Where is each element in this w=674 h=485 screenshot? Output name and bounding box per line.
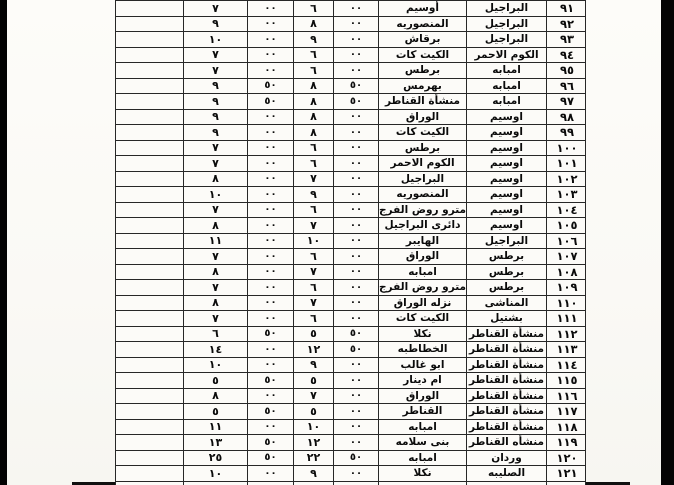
fare1-piasters-cell: ٠٠ [334, 203, 379, 219]
row-number-cell: ١٠٠ [547, 141, 586, 157]
row-number-cell: ١٠٦ [547, 234, 586, 250]
fare1-pounds-cell: ٥ [294, 327, 334, 343]
district-name-cell: امبابه [467, 79, 547, 95]
district-name-cell: اوسيم [467, 218, 547, 234]
blank-cell [116, 187, 184, 203]
table-row: ٧٠٠٦٠٠أوسيمالبراجيل٩١ [116, 1, 586, 17]
fare1-piasters-cell: ٠٠ [334, 218, 379, 234]
blank-cell [116, 48, 184, 64]
area-name-cell: امبابه [379, 420, 467, 436]
fare2-piasters-cell: ٥٠ [248, 373, 294, 389]
area-name-cell: مترو روض الفرج [379, 203, 467, 219]
fare1-piasters-cell: ٠٠ [334, 389, 379, 405]
area-name-cell: الخطاطبه [379, 342, 467, 358]
district-name-cell: الصليبه [467, 466, 547, 482]
fare2-pounds-cell: ١٠ [184, 32, 248, 48]
fare1-piasters-cell: ٥٠ [334, 327, 379, 343]
row-number-cell: ٩٨ [547, 110, 586, 126]
row-number-cell: ٩١ [547, 1, 586, 17]
fare1-pounds-cell: ٨ [294, 17, 334, 33]
blank-cell [116, 435, 184, 451]
fare1-pounds-cell: ٢٢ [294, 451, 334, 467]
fare1-pounds-cell: ١٠ [294, 420, 334, 436]
district-name-cell: منشأة القناطر [467, 404, 547, 420]
fare1-pounds-cell: ٨ [294, 125, 334, 141]
fare-table: ٧٠٠٦٠٠أوسيمالبراجيل٩١٩٠٠٨٠٠المنصوريهالبر… [115, 0, 586, 485]
blank-cell [116, 172, 184, 188]
table-row: ٧٠٠٦٠٠برطسامبابه٩٥ [116, 63, 586, 79]
row-number-cell: ١١٣ [547, 342, 586, 358]
district-name-cell: منشأة القناطر [467, 420, 547, 436]
fare2-piasters-cell: ٠٠ [248, 172, 294, 188]
fare1-piasters-cell: ٥٠ [334, 79, 379, 95]
district-name-cell: اوسيم [467, 203, 547, 219]
district-name-cell: البراجيل [467, 1, 547, 17]
blank-cell [116, 404, 184, 420]
fare2-pounds-cell: ١٤ [184, 342, 248, 358]
area-name-cell: برطس [379, 141, 467, 157]
fare1-piasters-cell [334, 482, 379, 485]
fare2-piasters-cell: ٠٠ [248, 249, 294, 265]
fare2-piasters-cell: ٥٠ [248, 435, 294, 451]
fare1-piasters-cell: ٠٠ [334, 280, 379, 296]
fare1-piasters-cell: ٠٠ [334, 420, 379, 436]
table-row: ٧٠٠٦٠٠الكيت كاتالكوم الاحمر٩٤ [116, 48, 586, 64]
table-row: ٨٠٠٧٠٠دائرى البراجيلاوسيم١٠٥ [116, 218, 586, 234]
fare2-piasters-cell: ٠٠ [248, 420, 294, 436]
district-name-cell: المناشى [467, 296, 547, 312]
fare2-pounds-cell: ١٠ [184, 358, 248, 374]
blank-cell [116, 265, 184, 281]
fare2-pounds-cell: ٧ [184, 141, 248, 157]
area-name-cell: البراجيل [379, 172, 467, 188]
fare1-pounds-cell: ٦ [294, 203, 334, 219]
blank-cell [116, 17, 184, 33]
blank-cell [116, 110, 184, 126]
fare2-piasters-cell: ٠٠ [248, 32, 294, 48]
fare2-pounds-cell: ٢٥ [184, 451, 248, 467]
area-name-cell: برقاش [379, 32, 467, 48]
fare2-piasters-cell: ٠٠ [248, 125, 294, 141]
fare1-pounds-cell: ٦ [294, 63, 334, 79]
fare2-pounds-cell [184, 482, 248, 485]
fare1-pounds-cell: ٦ [294, 249, 334, 265]
fare1-pounds-cell [294, 482, 334, 485]
fare2-pounds-cell: ٧ [184, 48, 248, 64]
fare2-pounds-cell: ٩ [184, 125, 248, 141]
district-name-cell: منشأة القناطر [467, 373, 547, 389]
area-name-cell [379, 482, 467, 485]
fare1-piasters-cell: ٠٠ [334, 296, 379, 312]
blank-cell [116, 234, 184, 250]
fare2-pounds-cell: ٧ [184, 311, 248, 327]
area-name-cell: الكيت كات [379, 48, 467, 64]
district-name-cell: برطس [467, 280, 547, 296]
fare2-piasters-cell: ٥٠ [248, 327, 294, 343]
fare2-piasters-cell: ٠٠ [248, 389, 294, 405]
fare2-piasters-cell: ٠٠ [248, 141, 294, 157]
blank-cell [116, 203, 184, 219]
area-name-cell: الوراق [379, 110, 467, 126]
fare2-pounds-cell: ٩ [184, 94, 248, 110]
blank-cell [116, 373, 184, 389]
area-name-cell: المنصوريه [379, 187, 467, 203]
fare2-piasters-cell: ٠٠ [248, 218, 294, 234]
row-number-cell: ١١٢ [547, 327, 586, 343]
area-name-cell: بهرمس [379, 79, 467, 95]
fare1-piasters-cell: ٠٠ [334, 156, 379, 172]
row-number-cell: ١١٩ [547, 435, 586, 451]
blank-cell [116, 79, 184, 95]
table-row: ٨٠٠٧٠٠الوراقمنشأة القناطر١١٦ [116, 389, 586, 405]
fare1-pounds-cell: ٦ [294, 280, 334, 296]
fare1-pounds-cell: ٨ [294, 79, 334, 95]
fare2-pounds-cell: ٥ [184, 373, 248, 389]
table-row: ١٣٥٠١٢٠٠بنى سلامهمنشأه القناطر١١٩ [116, 435, 586, 451]
row-number-cell: ٩٢ [547, 17, 586, 33]
fare2-piasters-cell: ٥٠ [248, 404, 294, 420]
row-number-cell: ١٠٧ [547, 249, 586, 265]
row-number-cell: ١١١ [547, 311, 586, 327]
row-number-cell: ١١٠ [547, 296, 586, 312]
fare1-pounds-cell: ٥ [294, 404, 334, 420]
table-row: ٦٥٠٥٥٠نكلامنشأة القناطر١١٢ [116, 327, 586, 343]
district-name-cell: اوسيم [467, 187, 547, 203]
row-number-cell: ١٠١ [547, 156, 586, 172]
fare2-piasters-cell: ٥٠ [248, 451, 294, 467]
fare1-piasters-cell: ٠٠ [334, 249, 379, 265]
blank-cell [116, 358, 184, 374]
blank-cell [116, 342, 184, 358]
fare1-pounds-cell: ٧ [294, 265, 334, 281]
blank-cell [116, 420, 184, 436]
row-number-cell: ٩٦ [547, 79, 586, 95]
fare1-piasters-cell: ٠٠ [334, 466, 379, 482]
row-number-cell: ١٠٢ [547, 172, 586, 188]
blank-cell [116, 218, 184, 234]
row-number-cell: ١١٨ [547, 420, 586, 436]
row-number-cell: ١١٧ [547, 404, 586, 420]
district-name-cell: اوسيم [467, 125, 547, 141]
fare2-piasters-cell: ٥٠ [248, 94, 294, 110]
row-number-cell: ٩٥ [547, 63, 586, 79]
fare1-pounds-cell: ٥ [294, 373, 334, 389]
fare1-piasters-cell: ٠٠ [334, 265, 379, 281]
blank-cell [116, 125, 184, 141]
blank-cell [116, 63, 184, 79]
area-name-cell: منشأة القناطر [379, 94, 467, 110]
fare2-pounds-cell: ٨ [184, 172, 248, 188]
table-row: ١١٠٠١٠٠٠امبابهمنشأة القناطر١١٨ [116, 420, 586, 436]
table-row: ٨٠٠٧٠٠البراجيلاوسيم١٠٢ [116, 172, 586, 188]
fare1-pounds-cell: ٦ [294, 1, 334, 17]
fare2-piasters-cell: ٠٠ [248, 110, 294, 126]
district-name-cell: وردان [467, 451, 547, 467]
table-row: ٧٠٠٦٠٠مترو روض الفرجاوسيم١٠٤ [116, 203, 586, 219]
scanned-document-page: ٧٠٠٦٠٠أوسيمالبراجيل٩١٩٠٠٨٠٠المنصوريهالبر… [0, 0, 674, 485]
area-name-cell: بنى سلامه [379, 435, 467, 451]
fare1-pounds-cell: ٩ [294, 187, 334, 203]
table-row: ١٠٠٠٩٠٠نكلاالصليبه١٢١ [116, 466, 586, 482]
table-row: ١٤٠٠١٢٥٠الخطاطبهمنشأة القناطر١١٣ [116, 342, 586, 358]
table-row: ٧٠٠٦٠٠برطساوسيم١٠٠ [116, 141, 586, 157]
fare2-pounds-cell: ٨ [184, 389, 248, 405]
fare1-pounds-cell: ١٠ [294, 234, 334, 250]
area-name-cell: ام دينار [379, 373, 467, 389]
fare1-pounds-cell: ٦ [294, 48, 334, 64]
fare2-pounds-cell: ٨ [184, 265, 248, 281]
fare2-pounds-cell: ٧ [184, 203, 248, 219]
table-row: ١٠٠٠٩٠٠برقاشالبراجيل٩٣ [116, 32, 586, 48]
district-name-cell [467, 482, 547, 485]
fare1-piasters-cell: ٠٠ [334, 234, 379, 250]
fare2-piasters-cell: ٠٠ [248, 234, 294, 250]
table-row: ٩٠٠٨٠٠المنصوريهالبراجيل٩٢ [116, 17, 586, 33]
area-name-cell: دائرى البراجيل [379, 218, 467, 234]
fare1-piasters-cell: ٠٠ [334, 125, 379, 141]
fare2-pounds-cell: ٨ [184, 218, 248, 234]
area-name-cell: الكيت كات [379, 125, 467, 141]
fare1-piasters-cell: ٠٠ [334, 435, 379, 451]
blank-cell [116, 482, 184, 485]
table-row: ٢٥٥٠٢٢٥٠امبابهوردان١٢٠ [116, 451, 586, 467]
fare2-pounds-cell: ٧ [184, 156, 248, 172]
blank-cell [116, 141, 184, 157]
fare2-pounds-cell: ٧ [184, 63, 248, 79]
fare1-piasters-cell: ٠٠ [334, 358, 379, 374]
district-name-cell: امبابه [467, 94, 547, 110]
area-name-cell: نكلا [379, 327, 467, 343]
fare1-pounds-cell: ٧ [294, 389, 334, 405]
district-name-cell: برطس [467, 265, 547, 281]
fare1-pounds-cell: ٨ [294, 94, 334, 110]
row-number-cell: ١٠٨ [547, 265, 586, 281]
table-row: ١٠٠٠٩٠٠المنصوريهاوسيم١٠٣ [116, 187, 586, 203]
district-name-cell: اوسيم [467, 110, 547, 126]
fare2-pounds-cell: ٨ [184, 296, 248, 312]
district-name-cell: اوسيم [467, 156, 547, 172]
fare2-pounds-cell: ٩ [184, 17, 248, 33]
fare1-piasters-cell: ٠٠ [334, 311, 379, 327]
fare2-piasters-cell: ٠٠ [248, 466, 294, 482]
fare1-piasters-cell: ٠٠ [334, 404, 379, 420]
fare2-pounds-cell: ١١ [184, 234, 248, 250]
fare1-pounds-cell: ٧ [294, 296, 334, 312]
fare2-pounds-cell: ٧ [184, 280, 248, 296]
area-name-cell: الوراق [379, 389, 467, 405]
blank-cell [116, 327, 184, 343]
area-name-cell: المنصوريه [379, 17, 467, 33]
district-name-cell: منشأة القناطر [467, 358, 547, 374]
area-name-cell: برطس [379, 63, 467, 79]
fare2-pounds-cell: ٧ [184, 1, 248, 17]
row-number-cell: ٩٣ [547, 32, 586, 48]
table-row: ٧٠٠٦٠٠مترو روض الفرجبرطس١٠٩ [116, 280, 586, 296]
table-row: ٧٠٠٦٠٠الوراقبرطس١٠٧ [116, 249, 586, 265]
area-name-cell: أوسيم [379, 1, 467, 17]
blank-cell [116, 94, 184, 110]
fare1-piasters-cell: ٥٠ [334, 94, 379, 110]
district-name-cell: امبابه [467, 63, 547, 79]
fare2-piasters-cell: ٠٠ [248, 342, 294, 358]
table-row: ٩٠٠٨٠٠الكيت كاتاوسيم٩٩ [116, 125, 586, 141]
fare2-piasters-cell: ٠٠ [248, 63, 294, 79]
fare1-piasters-cell: ٠٠ [334, 373, 379, 389]
row-number-cell: ١١٥ [547, 373, 586, 389]
district-name-cell: بشتيل [467, 311, 547, 327]
fare2-piasters-cell: ٠٠ [248, 156, 294, 172]
row-number-cell: ١٢٠ [547, 451, 586, 467]
table-row: ٥٥٠٥٠٠القناطرمنشأة القناطر١١٧ [116, 404, 586, 420]
area-name-cell: ابو غالب [379, 358, 467, 374]
row-number-cell: ٩٤ [547, 48, 586, 64]
fare1-piasters-cell: ٠٠ [334, 110, 379, 126]
table-row: ١٠٠٠٩٠٠ابو غالبمنشأة القناطر١١٤ [116, 358, 586, 374]
district-name-cell: البراجيل [467, 32, 547, 48]
fare1-piasters-cell: ٥٠ [334, 342, 379, 358]
area-name-cell: الوراق [379, 249, 467, 265]
blank-cell [116, 1, 184, 17]
fare1-piasters-cell: ٠٠ [334, 32, 379, 48]
area-name-cell: نزله الوراق [379, 296, 467, 312]
fare2-pounds-cell: ١١ [184, 420, 248, 436]
fare2-piasters-cell: ٠٠ [248, 187, 294, 203]
table-row: ٧٠٠٦٠٠الكيت كاتبشتيل١١١ [116, 311, 586, 327]
area-name-cell: الكوم الاحمر [379, 156, 467, 172]
blank-cell [116, 466, 184, 482]
row-number-cell: ٩٩ [547, 125, 586, 141]
blank-cell [116, 389, 184, 405]
fare1-piasters-cell: ٠٠ [334, 187, 379, 203]
fare2-piasters-cell: ٠٠ [248, 280, 294, 296]
row-number-cell: ١٢١ [547, 466, 586, 482]
row-number-cell: ١٠٤ [547, 203, 586, 219]
area-name-cell: نكلا [379, 466, 467, 482]
fare2-piasters-cell: ٠٠ [248, 296, 294, 312]
row-number-cell: ١٠٥ [547, 218, 586, 234]
district-name-cell: منشأة القناطر [467, 342, 547, 358]
area-name-cell: مترو روض الفرج [379, 280, 467, 296]
district-name-cell: منشأه القناطر [467, 435, 547, 451]
fare2-pounds-cell: ١٠ [184, 187, 248, 203]
blank-cell [116, 280, 184, 296]
area-name-cell: امبابه [379, 451, 467, 467]
fare1-piasters-cell: ٥٠ [334, 451, 379, 467]
table-row: ٩٥٠٨٥٠بهرمسامبابه٩٦ [116, 79, 586, 95]
area-name-cell: القناطر [379, 404, 467, 420]
fare1-pounds-cell: ٩ [294, 32, 334, 48]
table-row: ٩٥٠٨٥٠منشأة القناطرامبابه٩٧ [116, 94, 586, 110]
fare2-piasters-cell: ٠٠ [248, 265, 294, 281]
fare2-pounds-cell: ٧ [184, 249, 248, 265]
row-number-cell: ١٠٩ [547, 280, 586, 296]
row-number-cell: ٩٧ [547, 94, 586, 110]
fare2-piasters-cell: ٠٠ [248, 203, 294, 219]
table-row: ٨٠٠٧٠٠نزله الوراقالمناشى١١٠ [116, 296, 586, 312]
table-row: ٥٥٠٥٠٠ام دينارمنشأة القناطر١١٥ [116, 373, 586, 389]
fare2-pounds-cell: ٥ [184, 404, 248, 420]
table-row: ٩٠٠٨٠٠الوراقاوسيم٩٨ [116, 110, 586, 126]
scan-black-edge-left [0, 0, 7, 485]
fare1-pounds-cell: ٧ [294, 218, 334, 234]
row-number-cell: ١٠٣ [547, 187, 586, 203]
district-name-cell: منشأة القناطر [467, 327, 547, 343]
fare2-pounds-cell: ٩ [184, 110, 248, 126]
district-name-cell: منشأة القناطر [467, 389, 547, 405]
fare1-pounds-cell: ٦ [294, 156, 334, 172]
row-number-cell [547, 482, 586, 485]
fare1-pounds-cell: ٩ [294, 466, 334, 482]
fare1-piasters-cell: ٠٠ [334, 172, 379, 188]
fare1-pounds-cell: ٦ [294, 311, 334, 327]
district-name-cell: برطس [467, 249, 547, 265]
district-name-cell: اوسيم [467, 141, 547, 157]
fare1-pounds-cell: ٩ [294, 358, 334, 374]
fare1-pounds-cell: ١٢ [294, 342, 334, 358]
table-row: ٨٠٠٧٠٠امبابهبرطس١٠٨ [116, 265, 586, 281]
fare1-piasters-cell: ٠٠ [334, 141, 379, 157]
row-number-cell: ١١٤ [547, 358, 586, 374]
fare1-piasters-cell: ٠٠ [334, 63, 379, 79]
fare1-pounds-cell: ٧ [294, 172, 334, 188]
blank-cell [116, 249, 184, 265]
fare2-piasters-cell: ٠٠ [248, 17, 294, 33]
fare1-pounds-cell: ٨ [294, 110, 334, 126]
fare2-piasters-cell: ٠٠ [248, 358, 294, 374]
fare2-pounds-cell: ٩ [184, 79, 248, 95]
district-name-cell: اوسيم [467, 172, 547, 188]
area-name-cell: الكيت كات [379, 311, 467, 327]
blank-cell [116, 156, 184, 172]
area-name-cell: الهايبر [379, 234, 467, 250]
fare2-pounds-cell: ٦ [184, 327, 248, 343]
blank-cell [116, 451, 184, 467]
scan-black-edge-right [661, 0, 674, 485]
fare2-piasters-cell: ٥٠ [248, 79, 294, 95]
row-number-cell: ١١٦ [547, 389, 586, 405]
blank-cell [116, 311, 184, 327]
fare1-piasters-cell: ٠٠ [334, 17, 379, 33]
fare2-piasters-cell: ٠٠ [248, 1, 294, 17]
fare2-pounds-cell: ١٣ [184, 435, 248, 451]
fare1-pounds-cell: ٦ [294, 141, 334, 157]
district-name-cell: البراجيل [467, 234, 547, 250]
fare1-piasters-cell: ٠٠ [334, 1, 379, 17]
table-row: ٧٠٠٦٠٠الكوم الاحمراوسيم١٠١ [116, 156, 586, 172]
fare1-pounds-cell: ١٢ [294, 435, 334, 451]
blank-cell [116, 32, 184, 48]
blank-cell [116, 296, 184, 312]
fare1-piasters-cell: ٠٠ [334, 48, 379, 64]
district-name-cell: البراجيل [467, 17, 547, 33]
table-row: ١١٠٠١٠٠٠الهايبرالبراجيل١٠٦ [116, 234, 586, 250]
district-name-cell: الكوم الاحمر [467, 48, 547, 64]
fare2-piasters-cell: ٠٠ [248, 311, 294, 327]
fare2-piasters-cell [248, 482, 294, 485]
fare2-piasters-cell: ٠٠ [248, 48, 294, 64]
fare2-pounds-cell: ١٠ [184, 466, 248, 482]
table-row-partial [116, 482, 586, 485]
area-name-cell: امبابه [379, 265, 467, 281]
